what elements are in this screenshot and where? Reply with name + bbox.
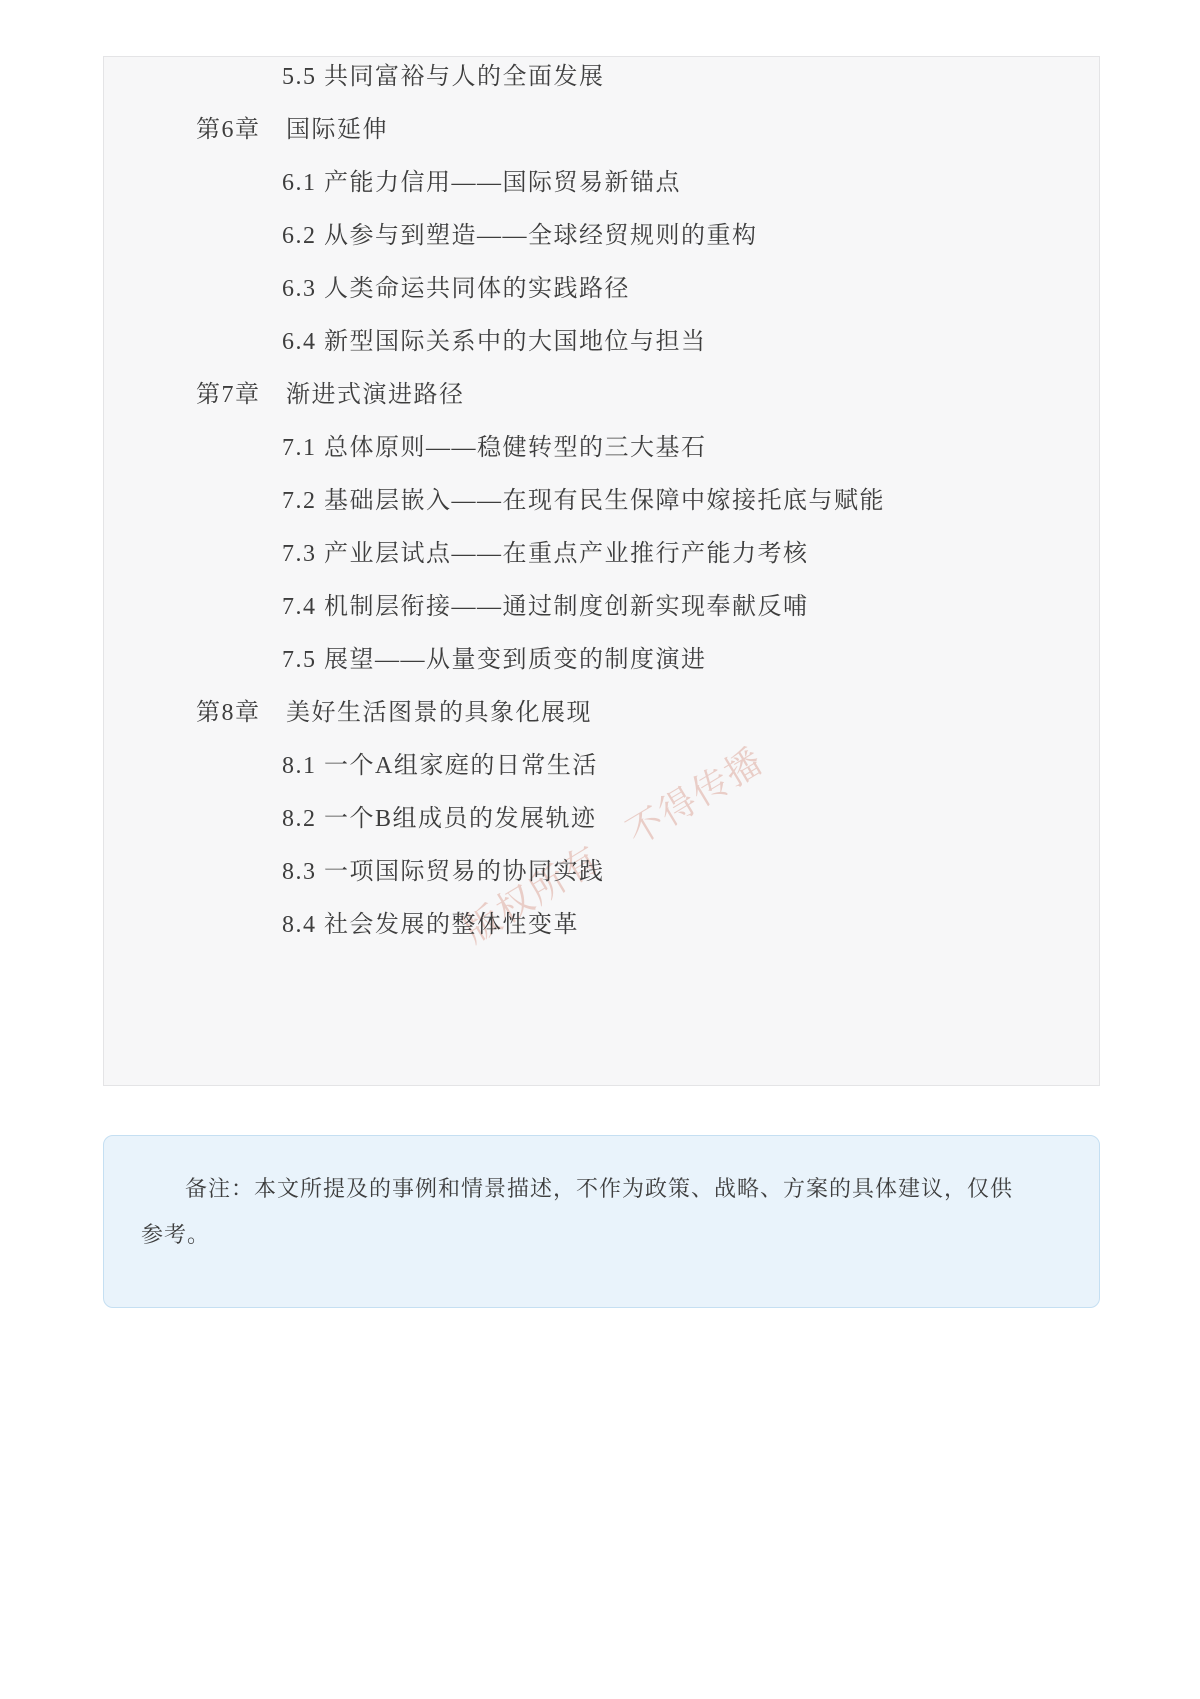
toc-section-8-4: 8.4 社会发展的整体性变革 bbox=[104, 909, 1099, 942]
toc-section-8-3: 8.3 一项国际贸易的协同实践 bbox=[104, 856, 1099, 889]
toc-section-7-4: 7.4 机制层衔接——通过制度创新实现奉献反哺 bbox=[104, 591, 1099, 624]
toc-section-7-1: 7.1 总体原则——稳健转型的三大基石 bbox=[104, 432, 1099, 465]
toc-section-7-2: 7.2 基础层嵌入——在现有民生保障中嫁接托底与赋能 bbox=[104, 485, 1099, 518]
toc-section-6-4: 6.4 新型国际关系中的大国地位与担当 bbox=[104, 326, 1099, 359]
toc-section-7-5: 7.5 展望——从量变到质变的制度演进 bbox=[104, 644, 1099, 677]
toc-section-6-1: 6.1 产能力信用——国际贸易新锚点 bbox=[104, 167, 1099, 200]
toc-section-8-2: 8.2 一个B组成员的发展轨迹 bbox=[104, 803, 1099, 836]
toc-content-card: 版权所有 不得传播 5.5 共同富裕与人的全面发展 第6章 国际延伸 6.1 产… bbox=[103, 56, 1100, 1086]
disclaimer-note-line-2: 参考。 bbox=[141, 1212, 1062, 1258]
toc-section-6-3: 6.3 人类命运共同体的实践路径 bbox=[104, 273, 1099, 306]
toc-section-8-1: 8.1 一个A组家庭的日常生活 bbox=[104, 750, 1099, 783]
toc-section-5-5: 5.5 共同富裕与人的全面发展 bbox=[104, 61, 1099, 94]
disclaimer-note-line-1: 备注：本文所提及的事例和情景描述，不作为政策、战略、方案的具体建议，仅供 bbox=[141, 1166, 1062, 1212]
document-page: 版权所有 不得传播 5.5 共同富裕与人的全面发展 第6章 国际延伸 6.1 产… bbox=[0, 0, 1200, 1699]
toc-section-7-3: 7.3 产业层试点——在重点产业推行产能力考核 bbox=[104, 538, 1099, 571]
toc-chapter-7: 第7章 渐进式演进路径 bbox=[104, 379, 1099, 412]
toc-section-6-2: 6.2 从参与到塑造——全球经贸规则的重构 bbox=[104, 220, 1099, 253]
toc-chapter-6: 第6章 国际延伸 bbox=[104, 114, 1099, 147]
toc-chapter-8: 第8章 美好生活图景的具象化展现 bbox=[104, 697, 1099, 730]
disclaimer-note-card: 备注：本文所提及的事例和情景描述，不作为政策、战略、方案的具体建议，仅供 参考。 bbox=[103, 1135, 1100, 1308]
toc-list: 5.5 共同富裕与人的全面发展 第6章 国际延伸 6.1 产能力信用——国际贸易… bbox=[104, 61, 1099, 942]
